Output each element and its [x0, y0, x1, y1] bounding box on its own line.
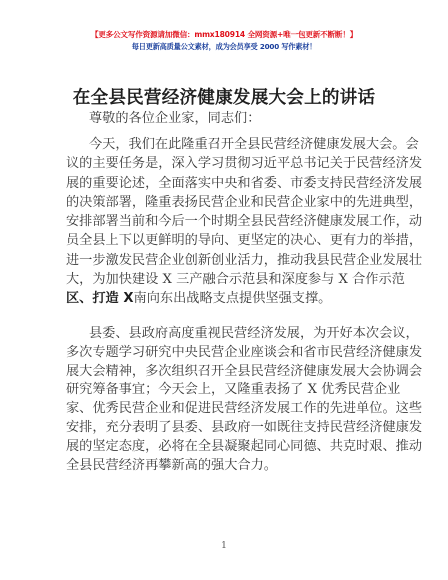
- paragraph-line: 研究筹备事宜；今天会上，又隆重表扬了 X 优秀民营企业: [66, 381, 384, 400]
- plain-text: 南向东出战略支点提供坚强支撑。: [134, 291, 332, 306]
- paragraph-line: 全县民营经济再攀新高的强大合力。: [66, 457, 384, 476]
- paragraph-line-last: 区、打造 X南向东出战略支点提供坚强支撑。: [66, 289, 384, 308]
- bold-text: 区、打造 X: [66, 291, 134, 306]
- paragraph-1: 今天，我们在此隆重召开全县民营经济健康发展大会。会 议的主要任务是，深入学习贯彻…: [66, 135, 384, 309]
- paragraph-line: 的决策部署，隆重表扬民营企业和民营企业家中的先进典型，: [66, 193, 384, 212]
- paragraph-line: 展的重要论述，全面落实中央和省委、市委支持民营经济发展: [66, 174, 384, 193]
- salutation: 尊敬的各位企业家，同志们：: [89, 107, 260, 126]
- paragraph-line: 安排部署当前和今后一个时期全县民营经济健康发展工作，动: [66, 212, 384, 231]
- paragraph-line: 进一步激发民营企业创新创业活力，推动我县民营企业发展壮: [66, 251, 384, 270]
- paragraph-line: 大，为加快建设 X 三产融合示范县和深度参与 X 合作示范: [66, 270, 384, 289]
- paragraph-line: 议的主要任务是，深入学习贯彻习近平总书记关于民营经济发: [66, 154, 384, 173]
- page-number: 1: [0, 541, 448, 551]
- paragraph-line: 展大会精神，多次组织召开全县民营经济健康发展大会协调会: [66, 363, 384, 382]
- paragraph-line: 县委、县政府高度重视民营经济发展，为开好本次会议，: [66, 325, 384, 344]
- paragraph-line: 多次专题学习研究中央民营企业座谈会和省市民营经济健康发: [66, 344, 384, 363]
- paragraph-line: 安排，充分表明了县委、县政府一如既往支持民营经济健康发: [66, 419, 384, 438]
- promo-banner-line1: 【更多公文写作资源请加微信：mmx180914 全网资源+唯一包更新不断断！】: [0, 29, 448, 40]
- paragraph-line: 今天，我们在此隆重召开全县民营经济健康发展大会。会: [66, 135, 384, 154]
- promo-banner-line2: 每日更新高质量公文素材，成为会员享受 2000 写作素材！: [0, 42, 448, 52]
- paragraph-line: 家、优秀民营企业和促进民营经济发展工作的先进单位。这些: [66, 400, 384, 419]
- paragraph-2: 县委、县政府高度重视民营经济发展，为开好本次会议， 多次专题学习研究中央民营企业…: [66, 325, 384, 475]
- paragraph-line: 展的坚定态度，必将在全县凝聚起同心同德、共克时艰、推动: [66, 438, 384, 457]
- document-title: 在全县民营经济健康发展大会上的讲话: [0, 84, 448, 109]
- paragraph-line: 员全县上下以更鲜明的导向、更坚定的决心、更有力的举措，: [66, 231, 384, 250]
